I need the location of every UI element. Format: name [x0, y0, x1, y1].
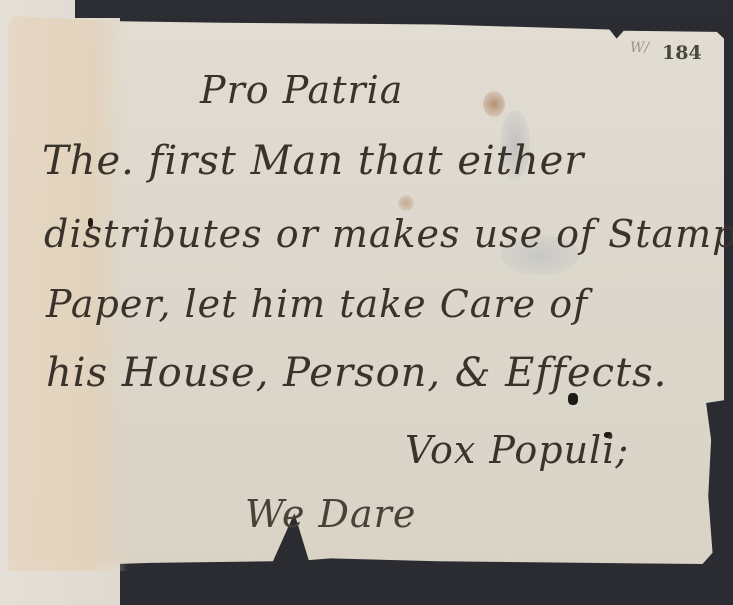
- body-line-3: Paper, let him take Care of: [46, 282, 588, 326]
- dark-mount-background: [75, 0, 733, 18]
- ink-blot: [88, 218, 93, 227]
- body-line-2: distributes or makes use of Stampt: [44, 212, 733, 256]
- brown-stain: [483, 91, 505, 117]
- archive-page-number: 184: [662, 42, 702, 64]
- ink-blot: [568, 393, 578, 405]
- body-line-1: The. first Man that either: [42, 138, 584, 184]
- signature-vox-populi: Vox Populi;: [405, 428, 629, 472]
- body-line-4: his House, Person, & Effects.: [46, 350, 667, 396]
- motto-we-dare: We Dare: [245, 492, 416, 536]
- document-title: Pro Patria: [200, 68, 403, 112]
- pencil-annotation: W/: [630, 40, 649, 56]
- brown-spot: [398, 195, 414, 211]
